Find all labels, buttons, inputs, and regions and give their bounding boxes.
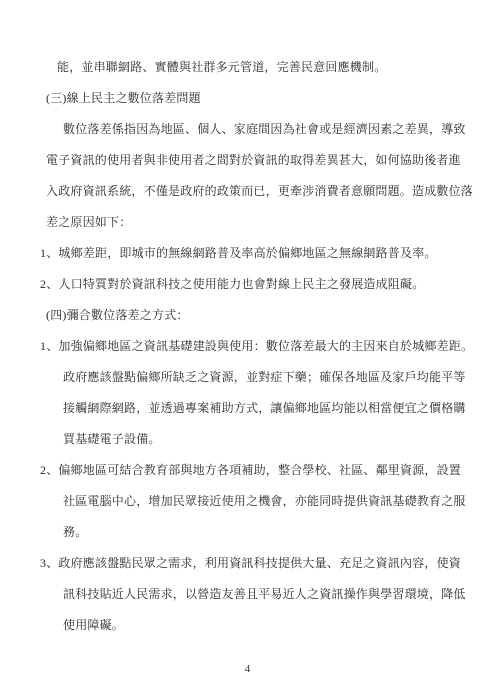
list-item-3: 3、政府應該盤點民眾之需求，利用資訊科技提供大量、充足之資訊內容，使資 [40,548,458,579]
list-item-1: 1、加強偏鄉地區之資訊基礎建設與使用：數位落差最大的主因來自於城鄉差距。 [40,331,458,362]
text-line: 差之原因如下： [46,207,458,238]
list-item-1: 1、城鄉差距，即城市的無線網路普及率高於偏鄉地區之無線網路普及率。 [40,238,458,269]
document-text-block: 能，並串聯網路、實體與社群多元管道，完善民意回應機制。 (三)線上民主之數位落差… [46,52,458,641]
text-line: 社區電腦中心，增加民眾接近使用之機會，亦能同時提供資訊基礎教育之服 [63,486,458,517]
list-item-2: 2、偏鄉地區可結合教育部與地方各項補助，整合學校、社區、鄰里資源，設置 [40,455,458,486]
text-line: 能，並串聯網路、實體與社群多元管道，完善民意回應機制。 [57,52,458,83]
text-line: 政府應該盤點偏鄉所缺乏之資源，並對症下藥；確保各地區及家戶均能平等 [63,362,458,393]
section-heading-4: (四)彌合數位落差之方式： [46,300,458,331]
page-number: 4 [0,663,495,675]
section-heading-3: (三)線上民主之數位落差問題 [46,83,458,114]
text-line: 訊科技貼近人民需求，以營造友善且平易近人之資訊操作與學習環境，降低 [63,579,458,610]
text-line: 買基礎電子設備。 [63,424,458,455]
text-line: 電子資訊的使用者與非使用者之間對於資訊的取得差異甚大，如何協助後者進 [46,145,458,176]
text-line: 接觸網際網路，並透過專案補助方式，讓偏鄉地區均能以相當便宜之價格購 [63,393,458,424]
document-page: 能，並串聯網路、實體與社群多元管道，完善民意回應機制。 (三)線上民主之數位落差… [0,0,495,700]
text-line: 入政府資訊系統，不僅是政府的政策而已，更牽涉消費者意願問題。造成數位落 [46,176,458,207]
list-item-2: 2、人口特質對於資訊科技之使用能力也會對線上民主之發展造成阻礙。 [40,269,458,300]
text-line: 務。 [63,517,458,548]
text-line: 使用障礙。 [63,610,458,641]
text-line: 數位落差係指因為地區、個人、家庭間因為社會或是經濟因素之差異，導致 [63,114,458,145]
